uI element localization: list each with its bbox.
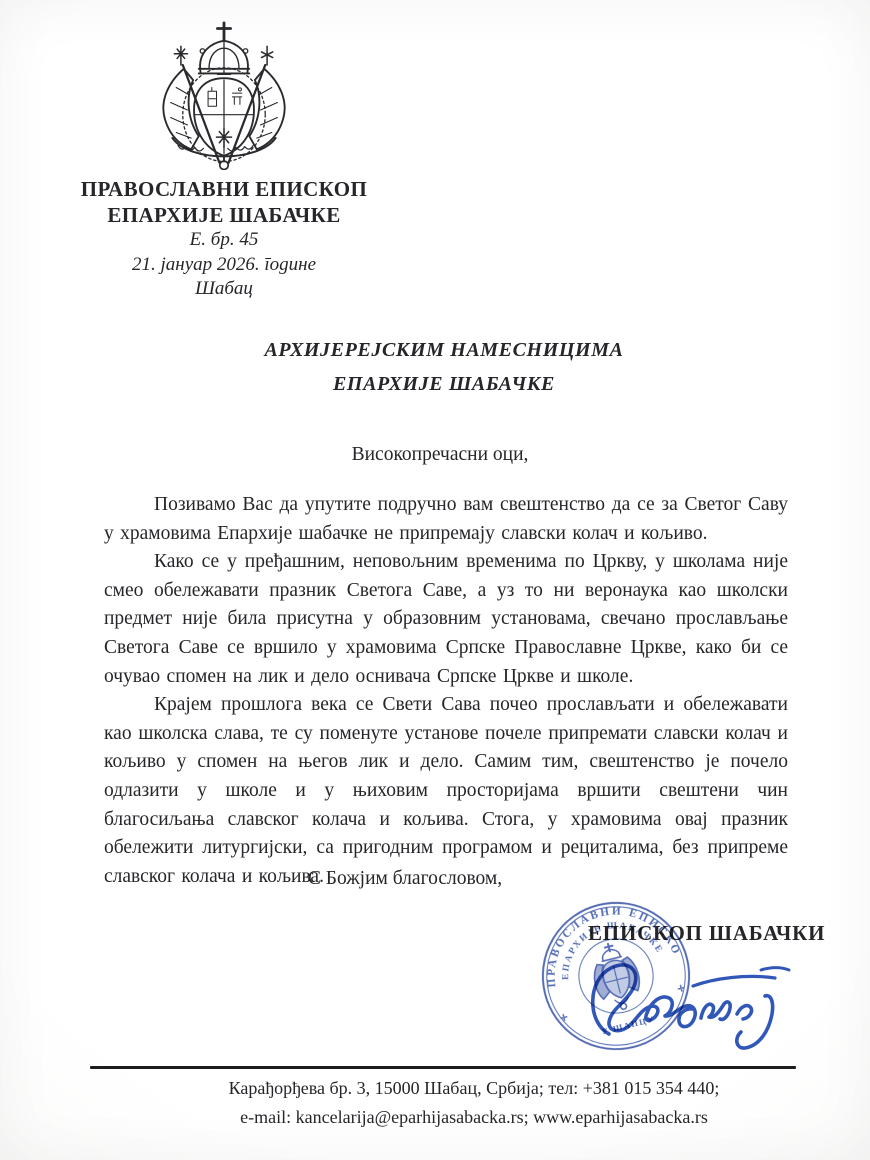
- salutation: Високопречасни оци,: [0, 444, 870, 466]
- recipient-block: АРХИЈЕРЕЈСКИМ НАМЕСНИЦИМА ЕПАРХИЈЕ ШАБАЧ…: [0, 333, 870, 401]
- recipient-line1: АРХИЈЕРЕЈСКИМ НАМЕСНИЦИМА: [18, 333, 870, 367]
- letterhead-place: Шабац: [78, 277, 370, 302]
- body-paragraph-1: Позивамо Вас да упутите подручно вам све…: [104, 491, 788, 548]
- episcopal-coat-of-arms: [135, 20, 313, 170]
- letter-body: Позивамо Вас да упутите подручно вам све…: [104, 491, 788, 891]
- letterhead-date: 21. јануар 2026. године: [78, 253, 370, 278]
- closing-line: С Божјим благословом,: [0, 868, 870, 890]
- footer-email-web: e-mail: kancelarija@eparhijasabacka.rs; …: [78, 1103, 870, 1132]
- letterhead-ref-number: Е. бр. 45: [78, 228, 370, 253]
- footer-divider: [90, 1066, 796, 1069]
- handwritten-signature: [575, 930, 825, 1060]
- scanned-letter-page: ПРАВОСЛАВНИ ЕПИСКОП ЕПАРХИЈЕ ШАБАЧКЕ Е. …: [0, 0, 870, 1160]
- svg-text:✛: ✛: [559, 1012, 569, 1024]
- footer-address-phone: Карађорђева бр. 3, 15000 Шабац, Србија; …: [78, 1074, 870, 1103]
- letterhead-title-line2: ЕПАРХИЈЕ ШАБАЧКЕ: [78, 202, 370, 228]
- letterhead: ПРАВОСЛАВНИ ЕПИСКОП ЕПАРХИЈЕ ШАБАЧКЕ Е. …: [78, 20, 370, 302]
- body-paragraph-3: Крајем прошлога века се Свети Сава почео…: [104, 691, 788, 891]
- signature-area: ПРАВОСЛАВНИ ЕПИСКОП ЕПАРХИЈЕ ШАБАЧКЕ У Ш…: [520, 895, 820, 1065]
- letterhead-title-line1: ПРАВОСЛАВНИ ЕПИСКОП: [78, 176, 370, 202]
- recipient-line2: ЕПАРХИЈЕ ШАБАЧКЕ: [18, 367, 870, 401]
- body-paragraph-2: Како се у пређашним, неповољним временим…: [104, 548, 788, 691]
- footer-contact: Карађорђева бр. 3, 15000 Шабац, Србија; …: [0, 1074, 870, 1131]
